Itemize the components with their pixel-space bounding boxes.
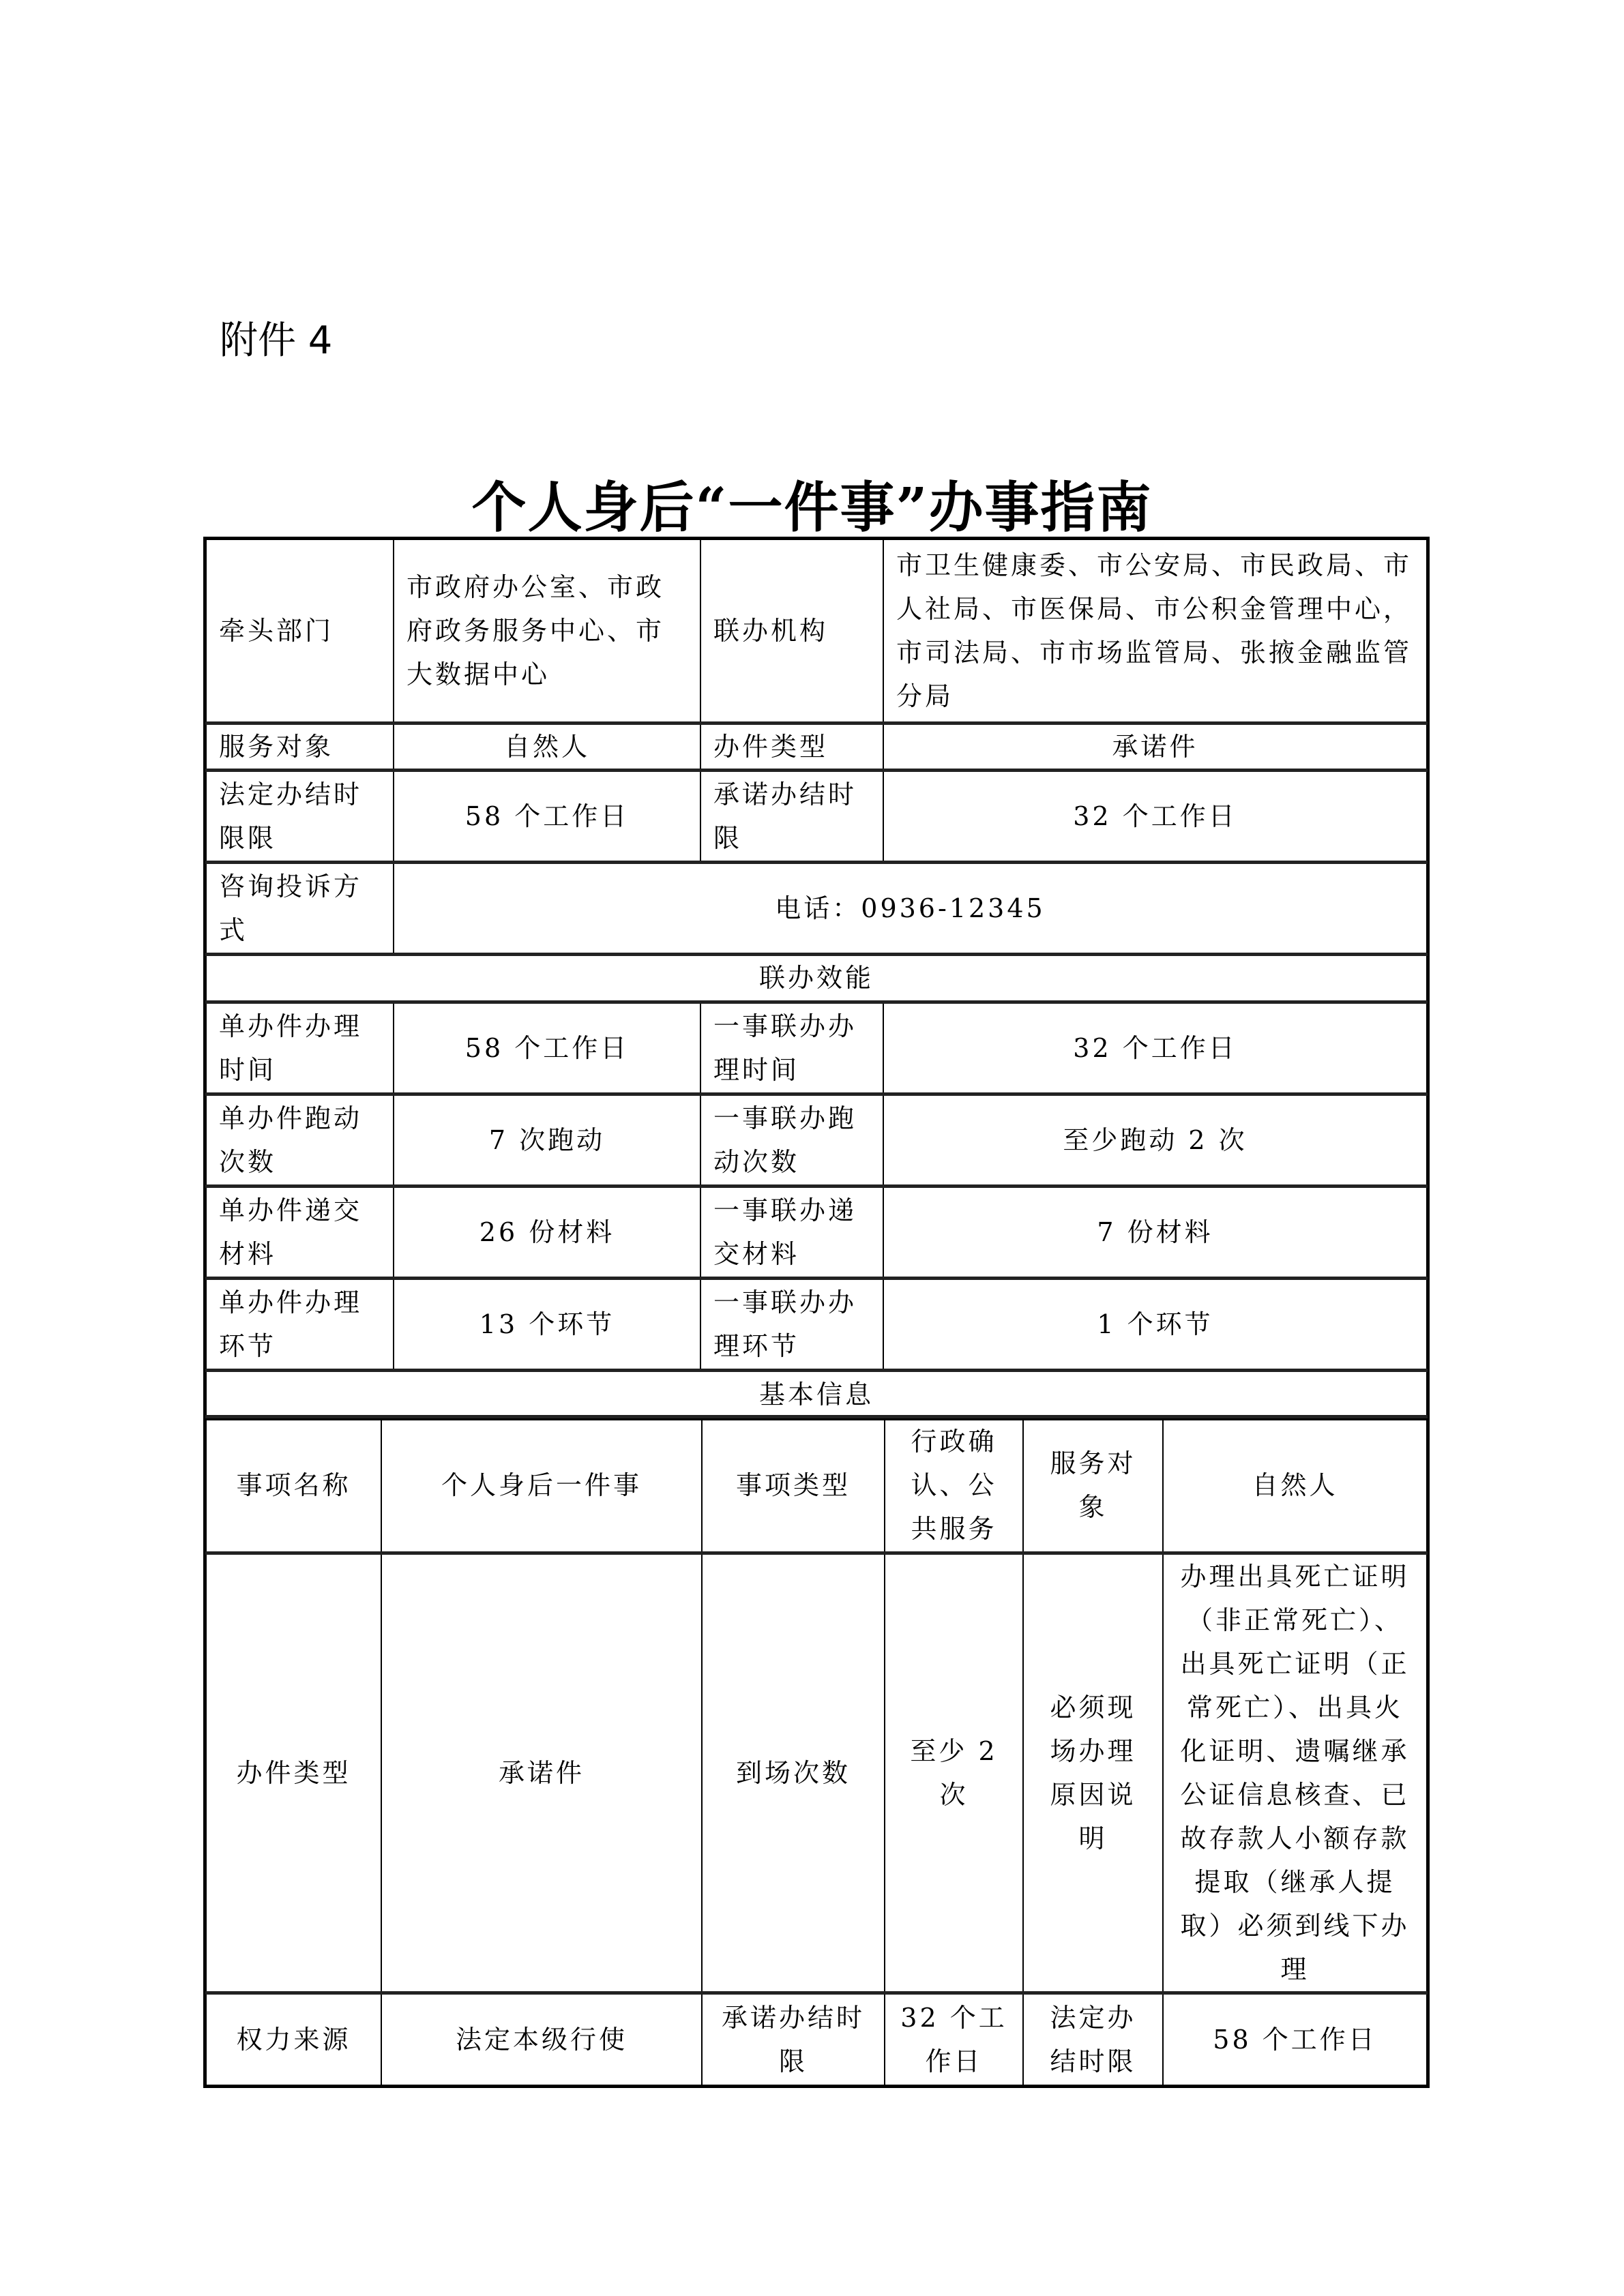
case-type-value: 承诺件 [883,723,1427,770]
legal-limit-label-2: 法定办结时限 [1023,1993,1163,2085]
joint-label: 一事联办办理时间 [700,1002,883,1094]
single-label: 单办件跑动次数 [206,1094,394,1186]
promised-limit-value-2: 32 个工作日 [885,1993,1023,2085]
authority-label: 权力来源 [206,1993,381,2085]
lead-dept-value: 市政府办公室、市政府政务服务中心、市大数据中心 [394,539,700,723]
case-type-value-2: 承诺件 [381,1553,702,1993]
single-label: 单办件办理环节 [206,1278,394,1370]
item-name-label: 事项名称 [206,1417,381,1553]
basic-info-heading: 基本信息 [206,1370,1427,1418]
legal-limit-value: 58 个工作日 [394,770,700,862]
single-value: 26 份材料 [394,1186,700,1278]
single-label: 单办件递交材料 [206,1186,394,1278]
service-target-label-2: 服务对象 [1023,1417,1163,1553]
document-title: 个人身后“一件事”办事指南 [0,464,1624,542]
single-value: 58 个工作日 [394,1002,700,1094]
efficiency-heading: 联办效能 [206,954,1427,1002]
case-type-label-2: 办件类型 [206,1553,381,1993]
case-type-label: 办件类型 [700,723,883,770]
consult-value: 电话：0936-12345 [394,862,1427,954]
consult-label: 咨询投诉方式 [206,862,394,954]
joint-value: 7 份材料 [883,1186,1427,1278]
legal-limit-value-2: 58 个工作日 [1163,1993,1427,2085]
joint-label: 一事联办办理环节 [700,1278,883,1370]
joint-value: 32 个工作日 [883,1002,1427,1094]
visits-label: 到场次数 [702,1553,885,1993]
joint-label: 一事联办跑动次数 [700,1094,883,1186]
guide-table-lower: 事项名称 个人身后一件事 事项类型 行政确认、公共服务 服务对象 自然人 办件类… [203,1415,1430,2088]
visits-value: 至少 2 次 [885,1553,1023,1993]
joint-org-value: 市卫生健康委、市公安局、市民政局、市人社局、市医保局、市公积金管理中心，市司法局… [883,539,1427,723]
attachment-label: 附件 4 [220,310,332,365]
efficiency-row: 单办件递交材料 26 份材料 一事联办递交材料 7 份材料 [206,1186,1427,1278]
efficiency-row: 单办件跑动次数 7 次跑动 一事联办跑动次数 至少跑动 2 次 [206,1094,1427,1186]
item-type-label: 事项类型 [702,1417,885,1553]
single-label: 单办件办理时间 [206,1002,394,1094]
legal-limit-label: 法定办结时限限 [206,770,394,862]
single-value: 13 个环节 [394,1278,700,1370]
joint-value: 至少跑动 2 次 [883,1094,1427,1186]
joint-label: 一事联办递交材料 [700,1186,883,1278]
promised-limit-label: 承诺办结时限 [700,770,883,862]
onsite-reason-label: 必须现场办理原因说明 [1023,1553,1163,1993]
onsite-reason-value: 办理出具死亡证明（非正常死亡）、出具死亡证明（正常死亡）、出具火化证明、遗嘱继承… [1163,1553,1427,1993]
service-target-value-2: 自然人 [1163,1417,1427,1553]
efficiency-row: 单办件办理环节 13 个环节 一事联办办理环节 1 个环节 [206,1278,1427,1370]
authority-value: 法定本级行使 [381,1993,702,2085]
promised-limit-value: 32 个工作日 [883,770,1427,862]
guide-table-upper: 牵头部门 市政府办公室、市政府政务服务中心、市大数据中心 联办机构 市卫生健康委… [203,537,1430,1420]
lead-dept-label: 牵头部门 [206,539,394,723]
item-name-value: 个人身后一件事 [381,1417,702,1553]
joint-value: 1 个环节 [883,1278,1427,1370]
item-type-value: 行政确认、公共服务 [885,1417,1023,1553]
joint-org-label: 联办机构 [700,539,883,723]
service-target-value: 自然人 [394,723,700,770]
efficiency-row: 单办件办理时间 58 个工作日 一事联办办理时间 32 个工作日 [206,1002,1427,1094]
single-value: 7 次跑动 [394,1094,700,1186]
service-target-label: 服务对象 [206,723,394,770]
promised-limit-label-2: 承诺办结时限 [702,1993,885,2085]
